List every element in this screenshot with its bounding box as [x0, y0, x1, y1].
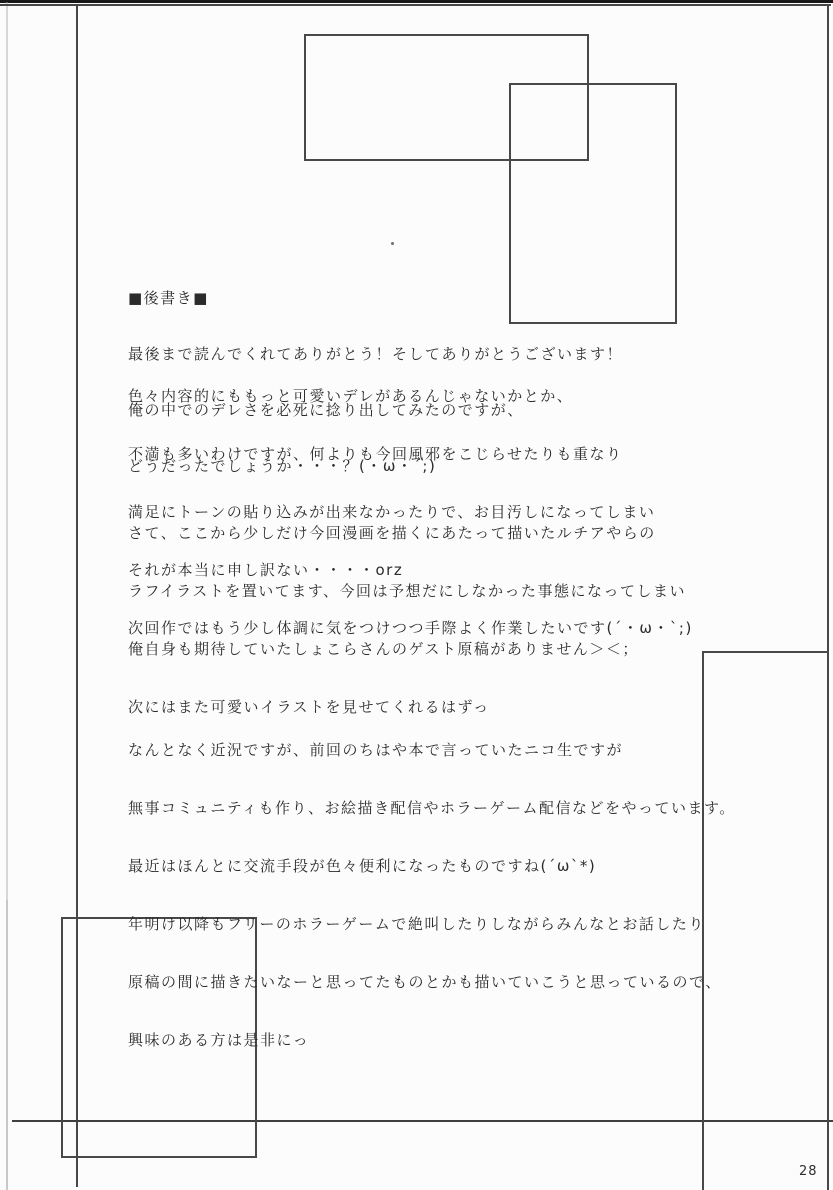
afterword-line: なんとなく近況ですが、前回のちはや本で言っていたニコ生ですが	[128, 739, 736, 761]
afterword-line: 原稿の間に描きたいなーと思ってたものとかも描いていこうと思っているので、	[128, 971, 736, 993]
afterword-line: 不満も多いわけですが、何よりも今回風邪をこじらせたりも重なり	[128, 443, 693, 465]
afterword-line: ラフイラストを置いてます、今回は予想だにしなかった事態になってしまい	[128, 580, 686, 602]
page-border-top	[0, 4, 831, 6]
afterword-line: 興味のある方は是非にっ	[128, 1029, 736, 1051]
scan-edge-top	[0, 0, 833, 3]
afterword-heading: ■後書き■	[128, 288, 623, 308]
afterword-line: さて、ここから少しだけ今回漫画を描くにあたって描いたルチアやらの	[128, 522, 686, 544]
afterword-line: 色々内容的にももっと可愛いデレがあるんじゃないかとか、	[128, 385, 693, 407]
scan-streak-left-lower	[6, 900, 8, 1190]
afterword-block-news: なんとなく近況ですが、前回のちはや本で言っていたニコ生ですが 無事コミュニティも…	[128, 703, 736, 1087]
page-number: 28	[799, 1164, 818, 1179]
afterword-line: 最近はほんとに交流手段が色々便利になったものですね(´ω`*)	[128, 855, 736, 877]
afterword-line: 俺自身も期待していたしょこらさんのゲスト原稿がありません＞＜；	[128, 638, 686, 660]
scanned-page: ■後書き■ 最後まで読んでくれてありがとう！そしてありがとうございます！ 俺の中…	[0, 0, 833, 1190]
ink-speck	[391, 242, 394, 245]
afterword-line: 無事コミュニティも作り、お絵描き配信やホラーゲーム配信などをやっています。	[128, 797, 736, 819]
afterword-line: 年明け以降もフリーのホラーゲームで絶叫したりしながらみんなとお話したり	[128, 913, 736, 935]
